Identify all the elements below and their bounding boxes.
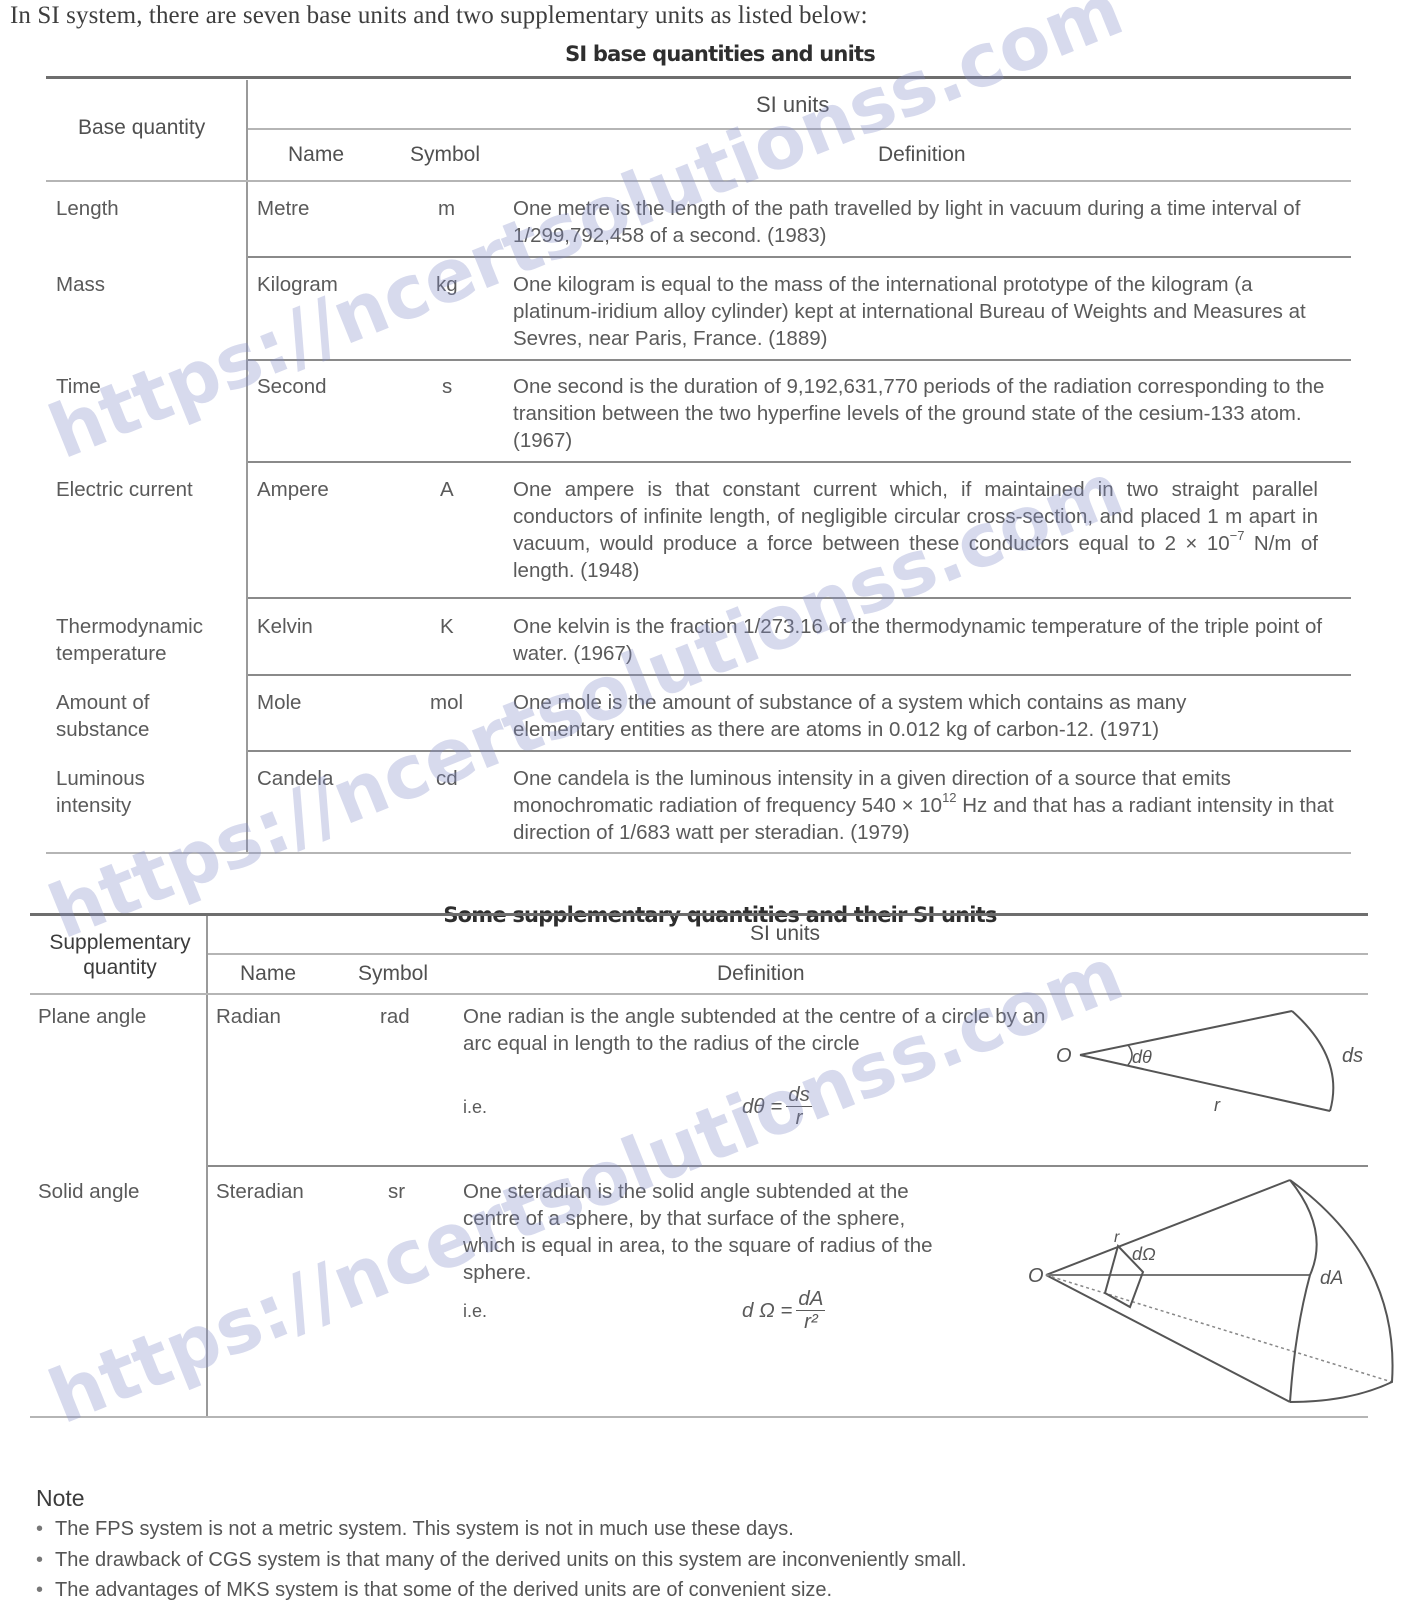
symbol-cell: s — [442, 373, 452, 400]
arc-label: ds — [1342, 1045, 1363, 1067]
definition-cell: One kelvin is the fraction 1/273.16 of t… — [513, 613, 1333, 667]
formula: d Ω =dAr² — [742, 1288, 825, 1333]
quantity-cell: Luminous intensity — [56, 765, 166, 819]
symbol-cell: A — [440, 476, 454, 503]
solid-angle-label: dΩ — [1132, 1244, 1156, 1264]
symbol-cell: cd — [436, 765, 458, 792]
row-divider — [248, 256, 1351, 258]
definition-cell: One radian is the angle subtended at the… — [463, 1003, 1053, 1057]
intro-text: In SI system, there are seven base units… — [10, 2, 868, 30]
symbol-cell: K — [440, 613, 454, 640]
symbol-cell: kg — [436, 271, 458, 298]
row-divider — [248, 674, 1351, 676]
table-bottom-rule — [46, 852, 1351, 854]
unit-name-cell: Radian — [216, 1003, 281, 1030]
ie-label: i.e. — [463, 1298, 487, 1325]
unit-name-cell: Mole — [257, 689, 301, 716]
column-divider — [246, 80, 248, 853]
base-table-caption: SI base quantities and units — [0, 42, 1415, 66]
definition-cell: One second is the duration of 9,192,631,… — [513, 373, 1343, 454]
header-si-units: SI units — [756, 92, 829, 118]
origin-label: O — [1056, 1045, 1072, 1067]
header-divider — [208, 953, 1368, 955]
steradian-diagram: O r dΩ dA — [1020, 1170, 1415, 1410]
radian-diagram: O dθ ds r — [1040, 1003, 1380, 1123]
formula: dθ =dsr — [742, 1084, 812, 1129]
note-title: Note — [36, 1485, 85, 1512]
definition-cell: One metre is the length of the path trav… — [513, 195, 1363, 249]
unit-name-cell: Second — [257, 373, 327, 400]
symbol-cell: m — [438, 195, 455, 222]
radius-label: r — [1114, 1229, 1120, 1246]
definition-cell: One kilogram is equal to the mass of the… — [513, 271, 1313, 352]
unit-name-cell: Steradian — [216, 1178, 304, 1205]
header-bottom-rule — [46, 180, 1351, 182]
unit-name-cell: Ampere — [257, 476, 329, 503]
quantity-cell: Length — [56, 195, 119, 222]
header-symbol: Symbol — [358, 962, 428, 986]
quantity-cell: Electric current — [56, 476, 193, 503]
symbol-cell: sr — [388, 1178, 405, 1205]
area-label: dA — [1320, 1268, 1343, 1289]
quantity-cell: Time — [56, 373, 101, 400]
header-name: Name — [240, 962, 296, 986]
row-divider — [208, 1165, 1368, 1167]
definition-cell: One candela is the luminous intensity in… — [513, 765, 1353, 846]
unit-name-cell: Kelvin — [257, 613, 313, 640]
table-top-rule — [30, 913, 1368, 916]
quantity-cell: Thermodynamic temperature — [56, 613, 226, 667]
definition-cell: One ampere is that constant current whic… — [513, 476, 1318, 584]
header-si-units: SI units — [750, 922, 820, 946]
unit-name-cell: Metre — [257, 195, 309, 222]
quantity-cell: Mass — [56, 271, 105, 298]
symbol-cell: mol — [430, 689, 463, 716]
definition-cell: One mole is the amount of substance of a… — [513, 689, 1273, 743]
note-item: The FPS system is not a metric system. T… — [36, 1518, 794, 1541]
row-divider — [248, 597, 1351, 599]
row-divider — [248, 359, 1351, 361]
note-item: The drawback of CGS system is that many … — [36, 1549, 967, 1572]
ie-label: i.e. — [463, 1094, 487, 1121]
quantity-cell: Plane angle — [38, 1003, 146, 1030]
row-divider — [248, 461, 1351, 463]
definition-cell: One steradian is the solid angle subtend… — [463, 1178, 963, 1286]
radius-label: r — [1214, 1095, 1221, 1115]
header-bottom-rule — [30, 993, 1368, 995]
table-bottom-rule — [30, 1416, 1368, 1418]
header-divider — [248, 128, 1351, 130]
header-supp-quantity: Supplementary quantity — [40, 930, 200, 980]
unit-name-cell: Candela — [257, 765, 333, 792]
symbol-cell: rad — [380, 1003, 410, 1030]
row-divider — [248, 750, 1351, 752]
note-item: The advantages of MKS system is that som… — [36, 1579, 832, 1602]
header-base-quantity: Base quantity — [78, 116, 205, 140]
table-top-rule — [46, 76, 1351, 79]
header-name: Name — [288, 143, 344, 167]
quantity-cell: Solid angle — [38, 1178, 139, 1205]
header-definition: Definition — [717, 962, 805, 986]
angle-label: dθ — [1132, 1047, 1152, 1067]
header-symbol: Symbol — [410, 143, 480, 167]
header-definition: Definition — [878, 143, 966, 167]
origin-label: O — [1028, 1265, 1044, 1287]
quantity-cell: Amount of substance — [56, 689, 186, 743]
unit-name-cell: Kilogram — [257, 271, 338, 298]
